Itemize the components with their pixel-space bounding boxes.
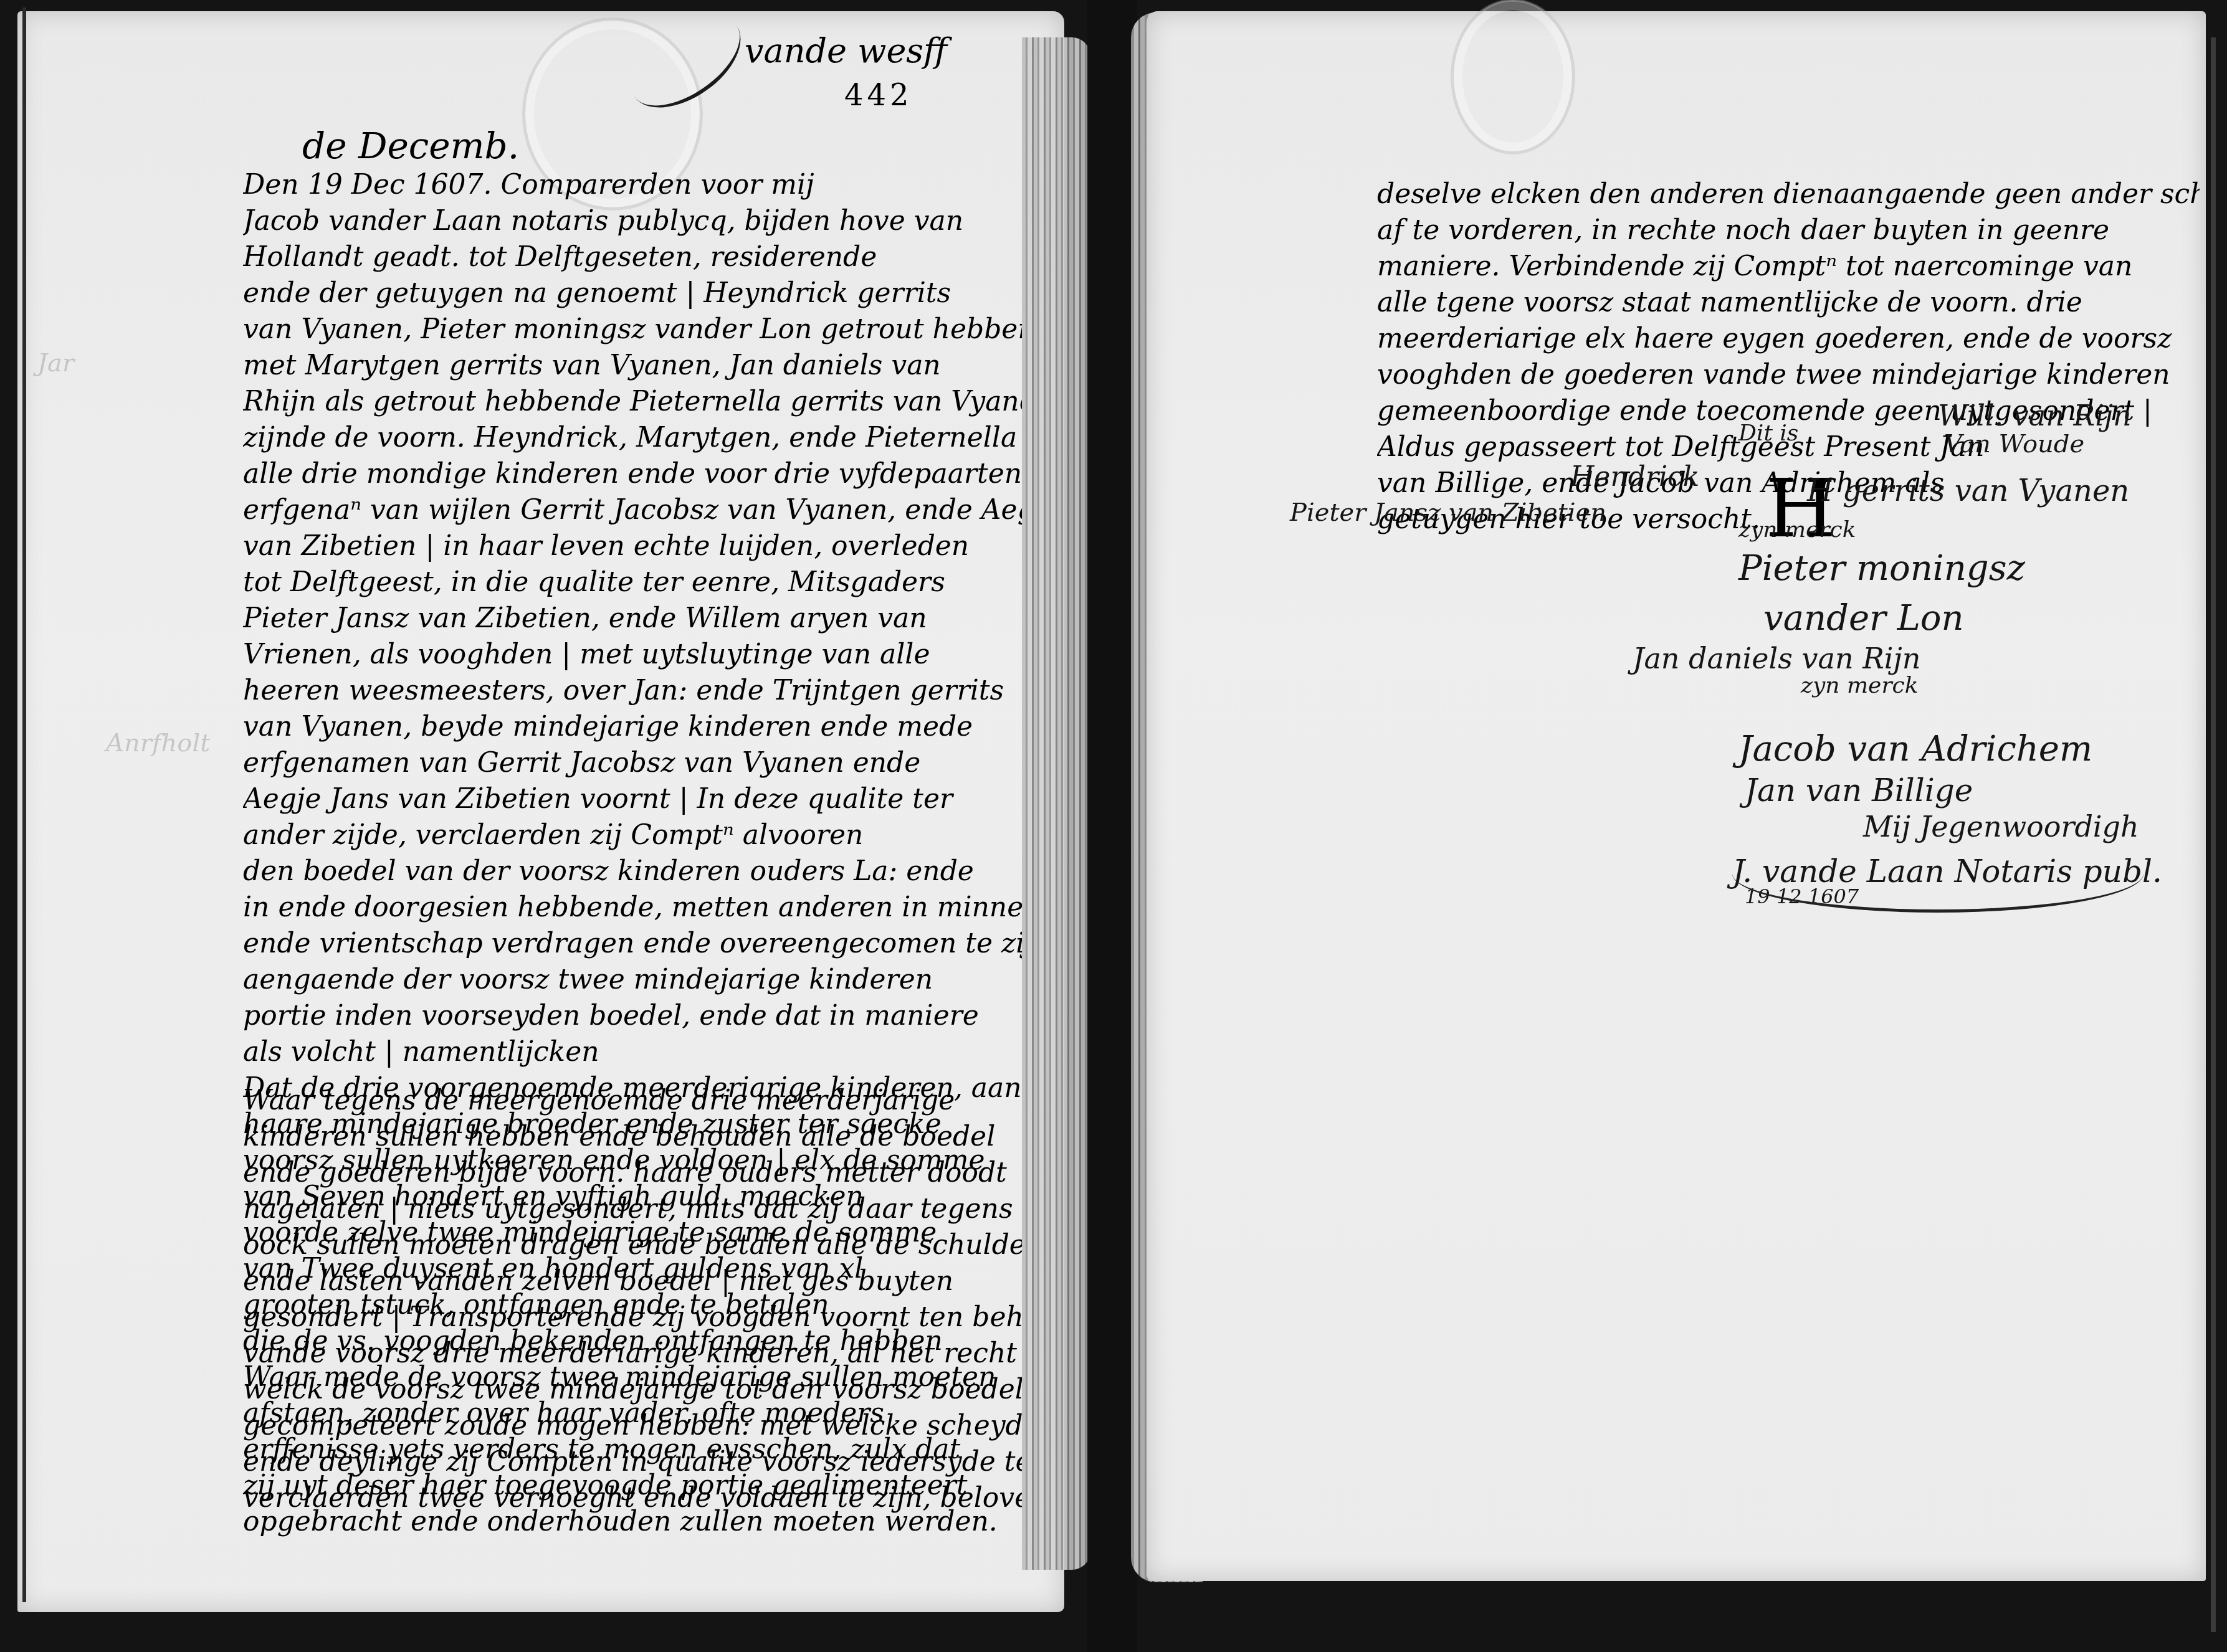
text-line: Aegje Jans van Zibetien voornt | In deze… — [243, 786, 1022, 822]
text-line: tot Delftgeest, in die qualite ter eenre… — [243, 569, 1022, 605]
text-line: ende goederen bijde voorn. haare ouders … — [243, 1159, 1022, 1195]
text-line: heeren weesmeesters, over Jan: ende Trij… — [243, 677, 1022, 713]
signature-pieter-moningsz: Pieter moningsz — [1738, 548, 2025, 589]
text-line: meerderiarige elx haere eygen goederen, … — [1377, 325, 2200, 361]
signature-jacob-van-adrichem: Jacob van Adrichem — [1738, 729, 2092, 769]
text-line: Pieter Jansz van Zibetien, ende Willem a… — [243, 605, 1022, 641]
bleed-through-text: Jar — [37, 349, 74, 377]
signature-mark-note: zyn merck — [1738, 517, 1856, 543]
text-line: Hollandt geadt. tot Delftgeseten, reside… — [243, 244, 1022, 280]
text-line: ende lasten vanden zelven boedel | niet … — [243, 1268, 1022, 1304]
text-line: van Zibetien | in haar leven echte luijd… — [243, 533, 1022, 569]
text-line: ander zijde, verclaerden zij Comptⁿ alvo… — [243, 822, 1022, 858]
text-line: erfgenamen van Gerrit Jacobsz van Vyanen… — [243, 749, 1022, 786]
text-line: zijnde de voorn. Heyndrick, Marytgen, en… — [243, 424, 1022, 460]
signature-dit-is: Dit is — [1738, 420, 1798, 446]
text-line: welck de voorsz twee mindejarige tot den… — [243, 1376, 1022, 1412]
left-page-paragraph-2: Waar tegens de meergenoemde drie meerder… — [243, 1087, 1022, 1521]
text-line: Rhijn als getrout hebbende Pieternella g… — [243, 388, 1022, 424]
signature-hendrick: Hendrick — [1570, 461, 1699, 493]
text-line: deselve elcken den anderen dienaangaende… — [1377, 181, 2200, 217]
text-line: alle drie mondige kinderen ende voor dri… — [243, 460, 1022, 496]
text-line: portie inden voorseyden boedel, ende dat… — [243, 1002, 1022, 1038]
right-cover-edge — [2211, 37, 2216, 1632]
text-line: oock sullen moeten dragen ende betalen a… — [243, 1232, 1022, 1268]
signature-vander-lon: vander Lon — [1763, 598, 1964, 638]
text-line: als volcht | namentlijcken — [243, 1038, 1022, 1075]
left-cover-edge — [22, 7, 26, 1602]
text-line: Jacob vander Laan notaris publycq, bijde… — [243, 207, 1022, 244]
text-line: in ende doorgesien hebbende, metten ande… — [243, 894, 1022, 930]
signature-pieter-jansz: Pieter Jansz van Zibetien — [1290, 498, 1606, 527]
text-line: alle tgene voorsz staat namentlijcke de … — [1377, 289, 2200, 325]
bleed-through-text — [1246, 841, 1254, 870]
left-page-stack — [1022, 37, 1090, 1570]
text-line: Waar tegens de meergenoemde drie meerder… — [243, 1087, 1022, 1123]
text-line: ende deylinge zij Compten in qualite voo… — [243, 1448, 1022, 1484]
signature-mark-note: zyn merck — [1801, 673, 1919, 698]
signature-jan-daniels: Jan daniels van Rijn — [1633, 642, 1920, 675]
signature-note: Van Woude — [1944, 430, 2084, 458]
text-line: ende der getuygen na genoemt | Heyndrick… — [243, 280, 1022, 316]
folio-number: 442 — [844, 78, 913, 113]
text-line: gesondert | Transporterende zij voogden … — [243, 1304, 1022, 1340]
text-line: maniere. Verbindende zij Comptⁿ tot naer… — [1377, 253, 2200, 289]
text-line: van Vyanen, beyde mindejarige kinderen e… — [243, 713, 1022, 749]
text-line: vooghden de goederen vande twee mindejar… — [1377, 361, 2200, 397]
text-line: erfgenaⁿ van wijlen Gerrit Jacobsz van V… — [243, 496, 1022, 533]
text-line: Vrienen, als vooghden | met uytsluytinge… — [243, 641, 1022, 677]
text-line: van Vyanen, Pieter moningsz vander Lon g… — [243, 316, 1022, 352]
text-line: verclaerden twee vernoeght ende voldaen … — [243, 1484, 1022, 1521]
header-note: vande wesff — [745, 31, 947, 70]
text-line: af te vorderen, in rechte noch daer buyt… — [1377, 217, 2200, 253]
date-line: Den 19 Dec 1607. Comparerden voor mij — [243, 171, 1022, 207]
text-line: kinderen sullen hebben ende behouden all… — [243, 1123, 1022, 1159]
book-gutter — [1087, 0, 1137, 1652]
signature-jan-van-billige: Jan van Billige — [1745, 772, 1973, 809]
text-line: met Marytgen gerrits van Vyanen, Jan dan… — [243, 352, 1022, 388]
notary-flourish — [1732, 835, 2144, 913]
bleed-through-text: Anrfholt — [106, 729, 210, 757]
month-heading: de Decemb. — [302, 125, 519, 167]
embossed-seal-icon — [1452, 0, 1574, 153]
text-line: den boedel van der voorsz kinderen ouder… — [243, 858, 1022, 894]
text-line: vande voorsz drie meerderiarige kinderen… — [243, 1340, 1022, 1376]
text-line: ende vrientschap verdragen ende overeeng… — [243, 930, 1022, 966]
text-line: gecompeteert zoude mogen hebben: met wel… — [243, 1412, 1022, 1448]
signature-will-van-rijn: Will. van Rijn — [1938, 399, 2132, 432]
text-line: aengaende der voorsz twee mindejarige ki… — [243, 966, 1022, 1002]
signature-gerrits-van-vyanen: H gerrits van Vyanen — [1807, 473, 2129, 508]
text-line: nagelaten | niets uytgesondert, mits dat… — [243, 1195, 1022, 1232]
